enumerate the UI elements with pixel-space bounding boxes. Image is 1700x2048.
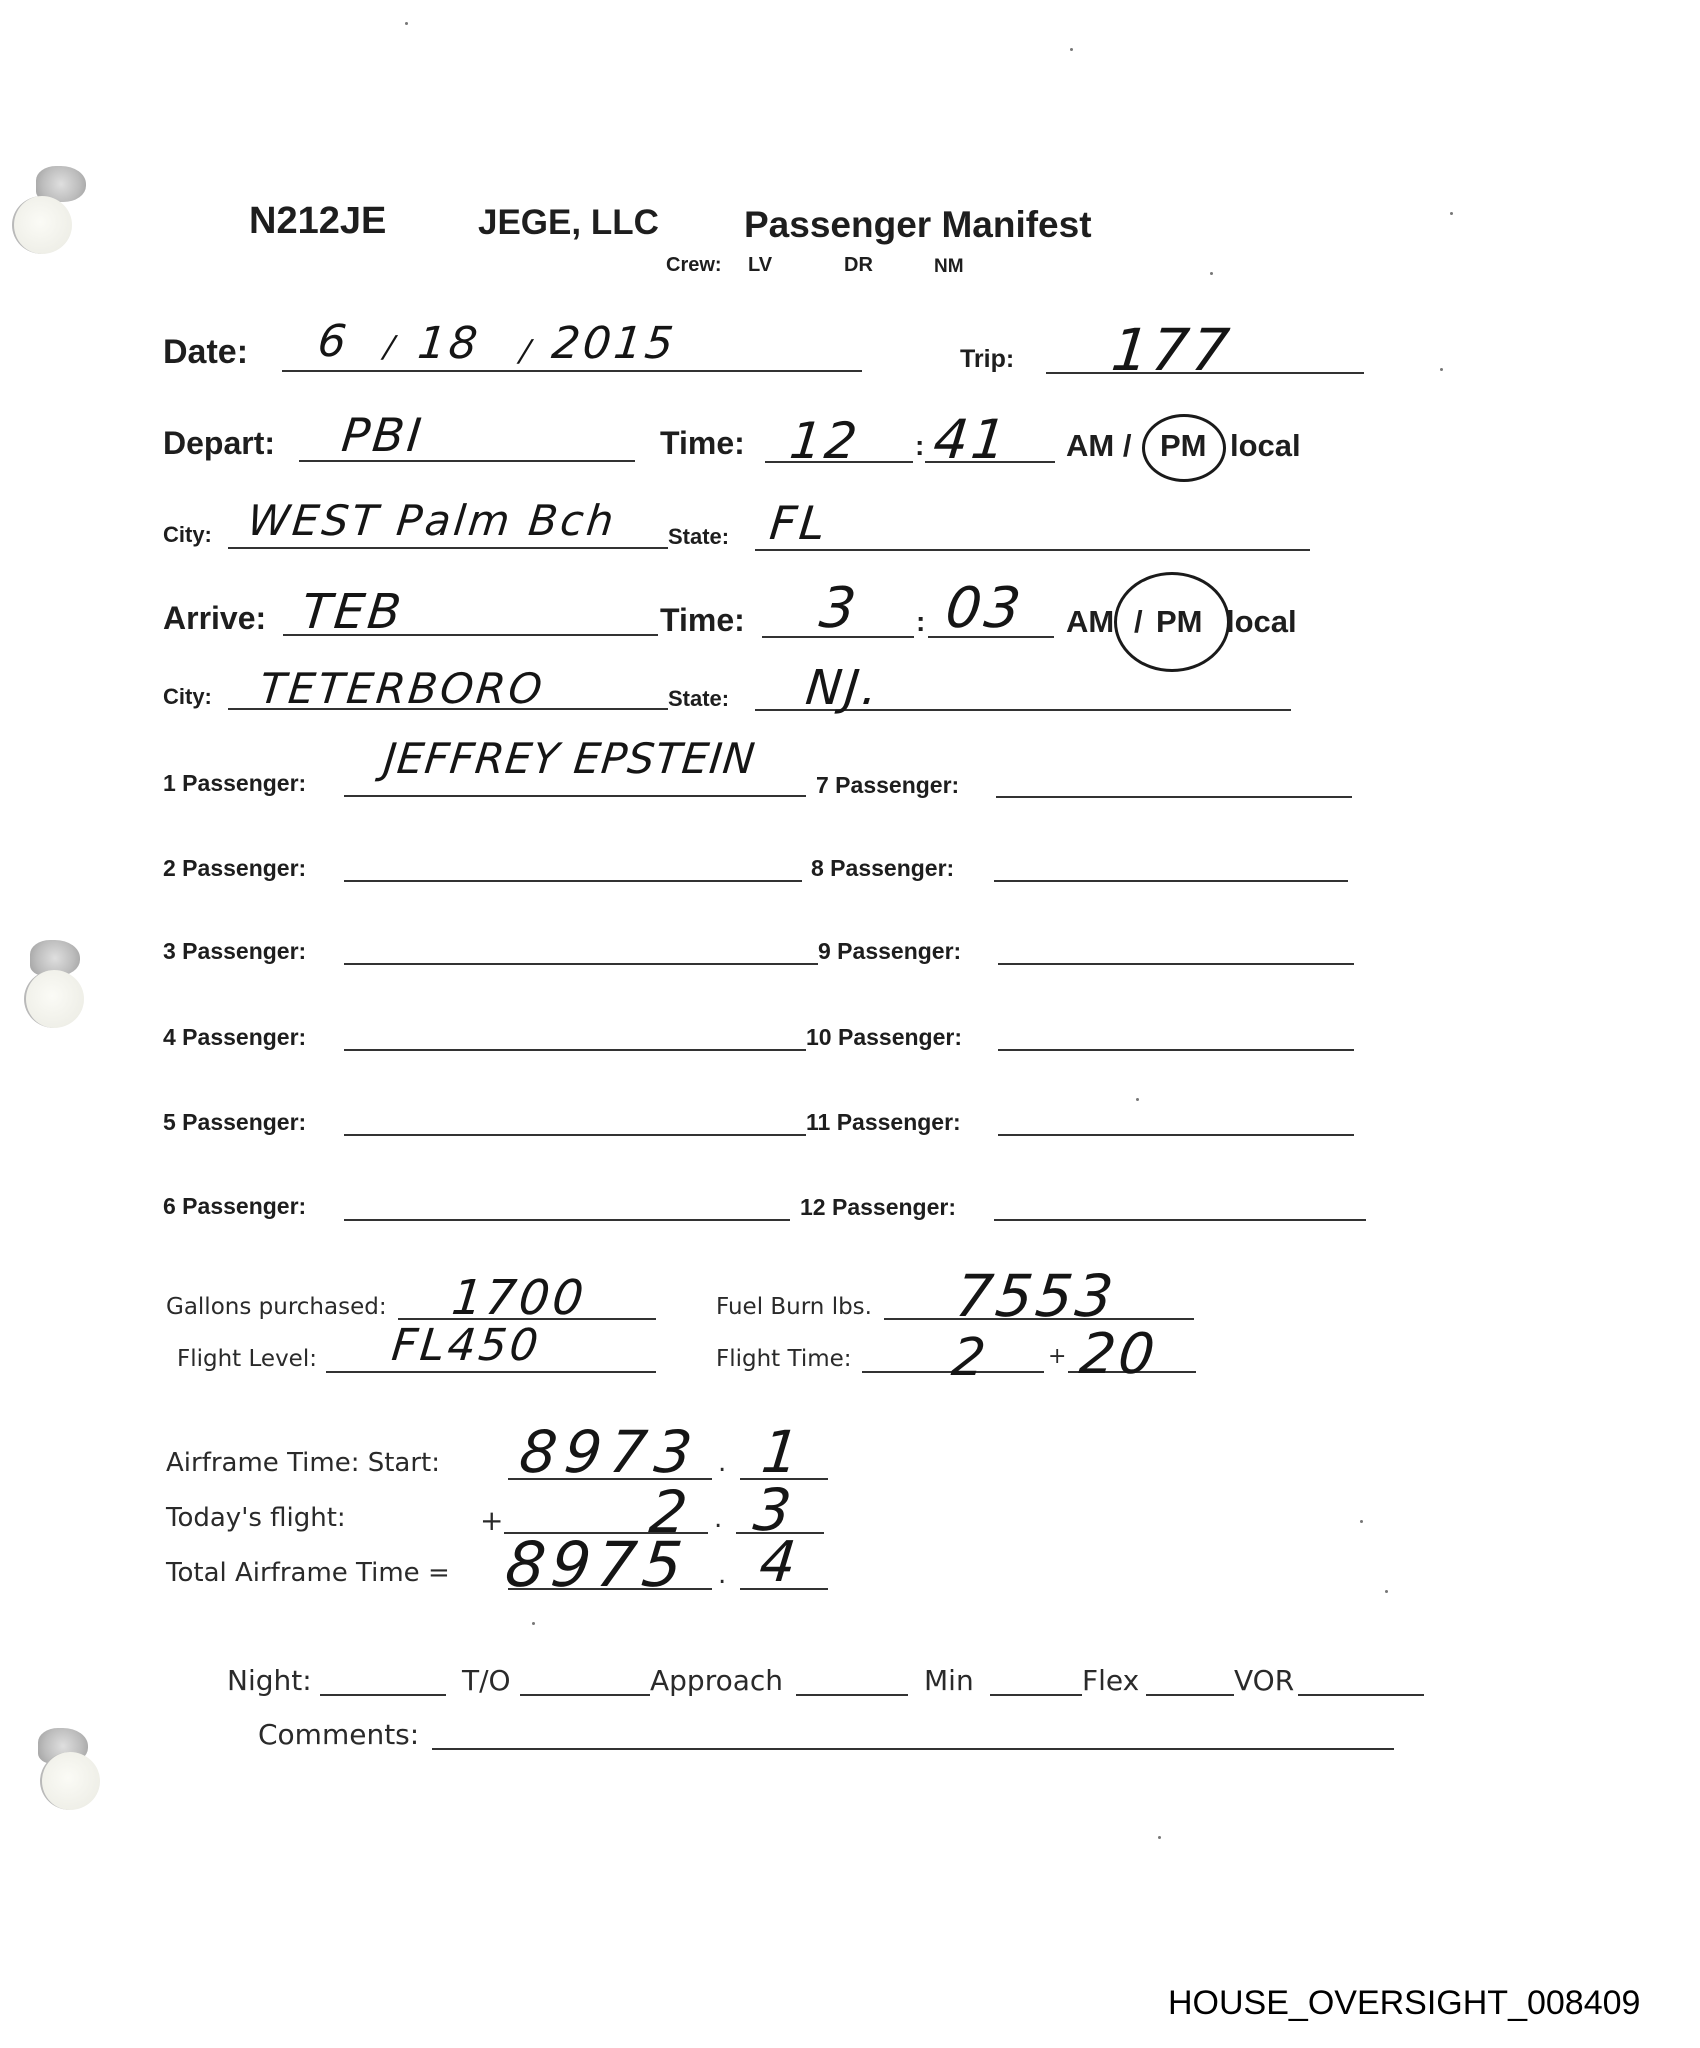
date-separator: /	[518, 334, 535, 369]
crew-member-3: NM	[934, 256, 964, 278]
bates-number: HOUSE_OVERSIGHT_008409	[1168, 1984, 1640, 2023]
fuel-burn-label: Fuel Burn lbs.	[716, 1294, 872, 1320]
trip-number-value: 177	[1108, 316, 1235, 384]
depart-local-label: local	[1230, 428, 1301, 464]
passenger-8-label: 8 Passenger:	[811, 855, 954, 882]
arrive-pm-circle-mark	[1114, 572, 1230, 672]
total-airframe-whole-value: 8975	[502, 1528, 691, 1601]
arrive-state-value: NJ.	[803, 660, 883, 716]
comments-label: Comments:	[258, 1718, 419, 1751]
passenger-11-label: 11 Passenger:	[806, 1109, 961, 1136]
passenger-2-label: 2 Passenger:	[163, 855, 306, 882]
arrive-state-label: State:	[668, 686, 729, 712]
passenger-7-label: 7 Passenger:	[816, 772, 959, 799]
scan-speck	[1210, 272, 1213, 275]
scan-speck	[1070, 48, 1073, 51]
approach-label: Approach	[650, 1664, 783, 1697]
night-field[interactable]	[320, 1694, 446, 1696]
passenger-5-label: 5 Passenger:	[163, 1109, 306, 1136]
hole-punch-top	[12, 196, 72, 254]
company-name: JEGE, LLC	[478, 203, 659, 243]
airframe-start-dot: .	[718, 1448, 726, 1478]
depart-label: Depart:	[163, 425, 275, 462]
depart-time-colon: :	[915, 430, 924, 462]
crew-label: Crew:	[666, 254, 722, 277]
scan-speck	[1360, 1520, 1363, 1523]
flight-time-label: Flight Time:	[716, 1346, 852, 1372]
arrive-airport-value: TEB	[299, 584, 406, 640]
depart-state-value: FL	[767, 496, 831, 550]
aircraft-tail-number: N212JE	[249, 200, 386, 243]
min-label: Min	[924, 1664, 974, 1697]
date-day-value: 18	[415, 318, 482, 369]
passenger-4-label: 4 Passenger:	[163, 1024, 306, 1051]
todays-flight-dot: .	[714, 1504, 722, 1534]
flight-time-plus: +	[1048, 1344, 1066, 1369]
passenger-12-label: 12 Passenger:	[800, 1194, 956, 1221]
takeoff-field[interactable]	[520, 1694, 650, 1696]
date-separator: /	[382, 330, 399, 365]
total-airframe-dot: .	[718, 1560, 726, 1590]
approach-field[interactable]	[796, 1694, 908, 1696]
arrive-hour-value: 3	[817, 576, 862, 641]
flight-level-value: FL450	[389, 1320, 543, 1371]
depart-hour-value: 12	[787, 412, 863, 470]
date-label: Date:	[163, 333, 248, 372]
comments-field[interactable]	[432, 1748, 1394, 1750]
passenger-3-label: 3 Passenger:	[163, 938, 306, 965]
date-year-value: 2015	[549, 318, 678, 369]
scan-speck	[1158, 1836, 1161, 1839]
hole-punch-bottom	[40, 1752, 100, 1810]
arrive-city-label: City:	[163, 684, 212, 710]
todays-flight-label: Today's flight:	[166, 1503, 346, 1533]
night-label: Night:	[227, 1664, 312, 1697]
airframe-start-whole-value: 8973	[516, 1418, 703, 1486]
scan-speck	[1385, 1590, 1388, 1593]
scan-speck	[532, 1622, 535, 1625]
total-airframe-tenth-value: 4	[757, 1530, 802, 1595]
depart-city-value: WEST Palm Bch	[245, 496, 618, 545]
flex-label: Flex	[1082, 1664, 1139, 1697]
passenger-9-label: 9 Passenger:	[818, 938, 961, 965]
crew-member-1: LV	[748, 254, 772, 277]
document-title: Passenger Manifest	[744, 204, 1092, 246]
gallons-purchased-label: Gallons purchased:	[166, 1294, 387, 1320]
depart-pm-circle-mark	[1142, 414, 1226, 482]
takeoff-label: T/O	[462, 1664, 511, 1697]
depart-city-label: City:	[163, 522, 212, 548]
arrive-minute-value: 03	[943, 576, 1027, 641]
arrive-label: Arrive:	[163, 600, 266, 637]
fuel-burn-value: 7553	[952, 1262, 1119, 1330]
flight-level-label: Flight Level:	[177, 1346, 317, 1372]
passenger-10-label: 10 Passenger:	[806, 1024, 962, 1051]
gallons-purchased-value: 1700	[449, 1270, 589, 1326]
flex-field[interactable]	[1146, 1694, 1234, 1696]
depart-airport-value: PBI	[339, 408, 427, 462]
vor-label: VOR	[1234, 1664, 1294, 1697]
todays-flight-plus: +	[480, 1504, 503, 1537]
passenger-1-label: 1 Passenger:	[163, 770, 306, 797]
depart-minute-value: 41	[931, 408, 1012, 471]
vor-field[interactable]	[1298, 1694, 1424, 1696]
passenger-1-value: JEFFREY EPSTEIN	[381, 734, 758, 783]
arrive-time-colon: :	[916, 606, 925, 638]
arrive-city-value: TETERBORO	[257, 664, 547, 713]
scan-speck	[1136, 1098, 1139, 1101]
hole-punch-middle	[24, 970, 84, 1028]
crew-member-2: DR	[844, 254, 873, 277]
date-month-value: 6	[315, 316, 351, 367]
arrive-local-label: local	[1226, 604, 1297, 640]
depart-state-label: State:	[668, 524, 729, 550]
trip-label: Trip:	[960, 345, 1014, 374]
flight-time-hours-value: 2	[949, 1328, 991, 1388]
scan-speck	[1440, 368, 1443, 371]
scan-speck	[405, 22, 408, 25]
arrive-time-label: Time:	[660, 602, 745, 639]
scan-speck	[1450, 212, 1453, 215]
total-airframe-label: Total Airframe Time =	[166, 1558, 450, 1588]
depart-time-label: Time:	[660, 425, 745, 462]
airframe-start-label: Airframe Time: Start:	[166, 1448, 440, 1478]
passenger-6-label: 6 Passenger:	[163, 1193, 306, 1220]
flight-time-minutes-value: 20	[1077, 1322, 1161, 1387]
arrive-am-option[interactable]: AM	[1066, 604, 1114, 640]
min-field[interactable]	[990, 1694, 1082, 1696]
depart-am-option[interactable]: AM /	[1066, 428, 1131, 464]
